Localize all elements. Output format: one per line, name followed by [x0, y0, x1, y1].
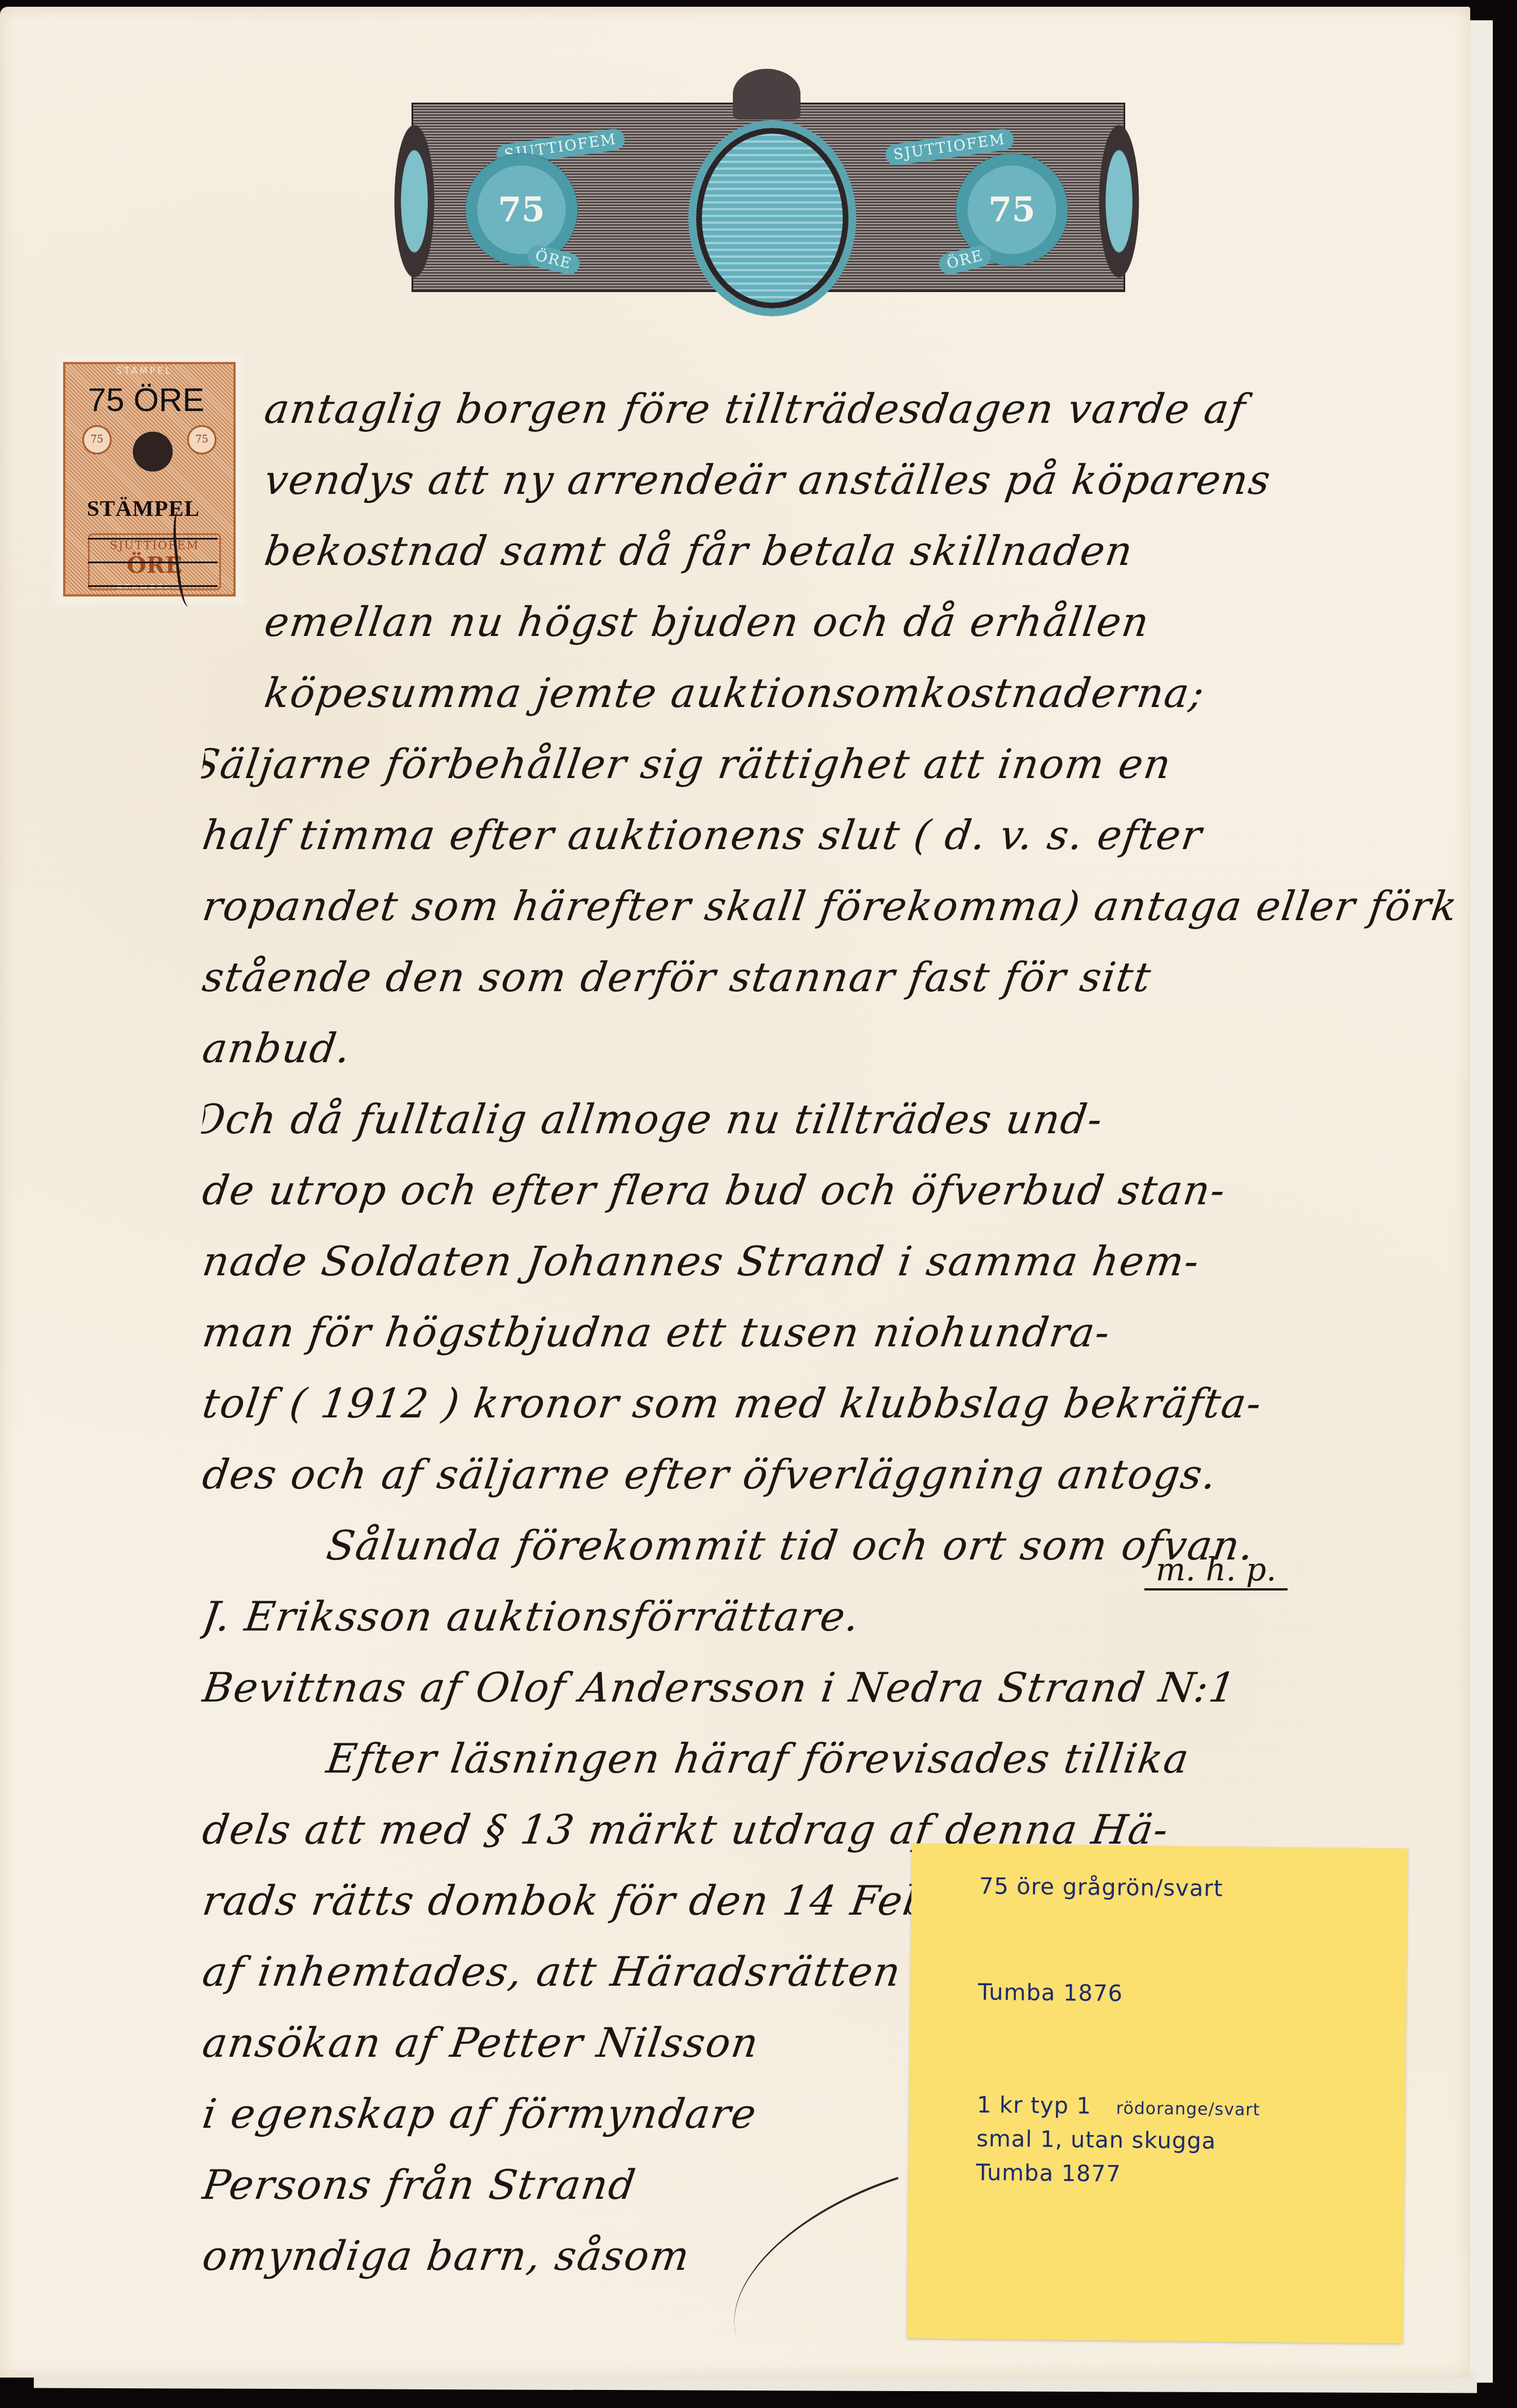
manuscript-line: half timma efter auktionens slut ( d. v.…: [198, 799, 1459, 871]
manuscript-line: bekostnad samt då får betala skillnaden: [198, 515, 1459, 586]
sticky-note-line-5: Tumba 1877: [976, 2160, 1121, 2188]
manuscript-line: nade Soldaten Johannes Strand i samma he…: [198, 1226, 1459, 1297]
manuscript-line: ropandet som härefter skall förekomma) a…: [198, 871, 1459, 942]
manuscript-paragraph-6: 6:o)Säljarne förbehåller sig rättighet a…: [198, 728, 1459, 799]
manuscript-line: man för högstbjudna ett tusen niohundra-: [198, 1297, 1459, 1368]
stamp-small-left: 75: [82, 425, 112, 454]
crown-icon: [733, 69, 800, 120]
manuscript-line: köpesumma jemte auktionsomkostnaderna;: [198, 657, 1459, 728]
sticky-note-line-3b: rödorange/svart: [1116, 2098, 1261, 2120]
coat-of-arms-icon: [122, 421, 184, 483]
three-crowns-emblem-icon: [696, 128, 848, 308]
vignette-scroll-left-icon: [383, 83, 445, 320]
medal-right-value: 75: [988, 190, 1036, 229]
stamp-box-line1: SJUTTIOFEM: [90, 538, 219, 552]
vignette-scroll-right-icon: [1088, 83, 1150, 320]
sticky-note-line-3: 1 kr typ 1 rödorange/svart: [977, 2092, 1261, 2121]
manuscript-line: stående den som derför stannar fast för …: [198, 942, 1459, 1013]
medal-left-value: 75: [498, 190, 545, 229]
manuscript-line: tolf ( 1912 ) kronor som med klubbslag b…: [198, 1368, 1459, 1439]
bleed-through-text: [23, 700, 203, 741]
stamp-border-text-top: STAMPEL: [116, 365, 173, 376]
sticky-note: 75 öre grågrön/svart Tumba 1876 1 kr typ…: [906, 1843, 1408, 2343]
sticky-note-line-3a: 1 kr typ 1: [977, 2092, 1092, 2119]
manuscript-line: antaglig borgen före tillträdesdagen var…: [198, 373, 1459, 444]
stamp-value: 75 ÖRE: [88, 381, 204, 419]
manuscript-line: de utrop och efter flera bud och öfverbu…: [198, 1155, 1459, 1226]
cancel-line-2: [88, 562, 218, 563]
manuscript-line: Efter läsningen häraf förevisades tillik…: [198, 1723, 1459, 1794]
cancel-line-1: [88, 538, 218, 540]
margin-annotation: m. h. p.: [1144, 1552, 1288, 1590]
sticky-note-line-1: 75 öre grågrön/svart: [979, 1874, 1223, 1902]
manuscript-paragraph-7: 7:o)Och då fulltalig allmoge nu tillträd…: [198, 1084, 1459, 1155]
stamped-paper-vignette: SJUTTIOFEM SJUTTIOFEM 75 75 ÖRE ÖRE: [389, 69, 1144, 334]
signature-line: J. Eriksson auktionsförrättare.: [198, 1581, 1459, 1652]
manuscript-line: des och af säljarne efter öfverläggning …: [198, 1439, 1459, 1510]
manuscript-line: Säljarne förbehåller sig rättighet att i…: [198, 740, 1175, 788]
manuscript-line: Och då fulltalig allmoge nu tillträdes u…: [198, 1095, 1106, 1143]
manuscript-line: vendys att ny arrendeär anställes på köp…: [198, 444, 1459, 515]
medal-left: 75: [465, 153, 578, 266]
document-page: SJUTTIOFEM SJUTTIOFEM 75 75 ÖRE ÖRE STAM…: [0, 7, 1470, 2378]
sticky-note-line-4: smal 1, utan skugga: [976, 2126, 1217, 2154]
sticky-note-line-2: Tumba 1876: [978, 1980, 1124, 2007]
manuscript-line: emellan nu högst bjuden och då erhållen: [198, 586, 1459, 657]
manuscript-line: anbud.: [198, 1013, 1459, 1084]
witness-line: Bevittnas af Olof Andersson i Nedra Stra…: [198, 1652, 1459, 1723]
